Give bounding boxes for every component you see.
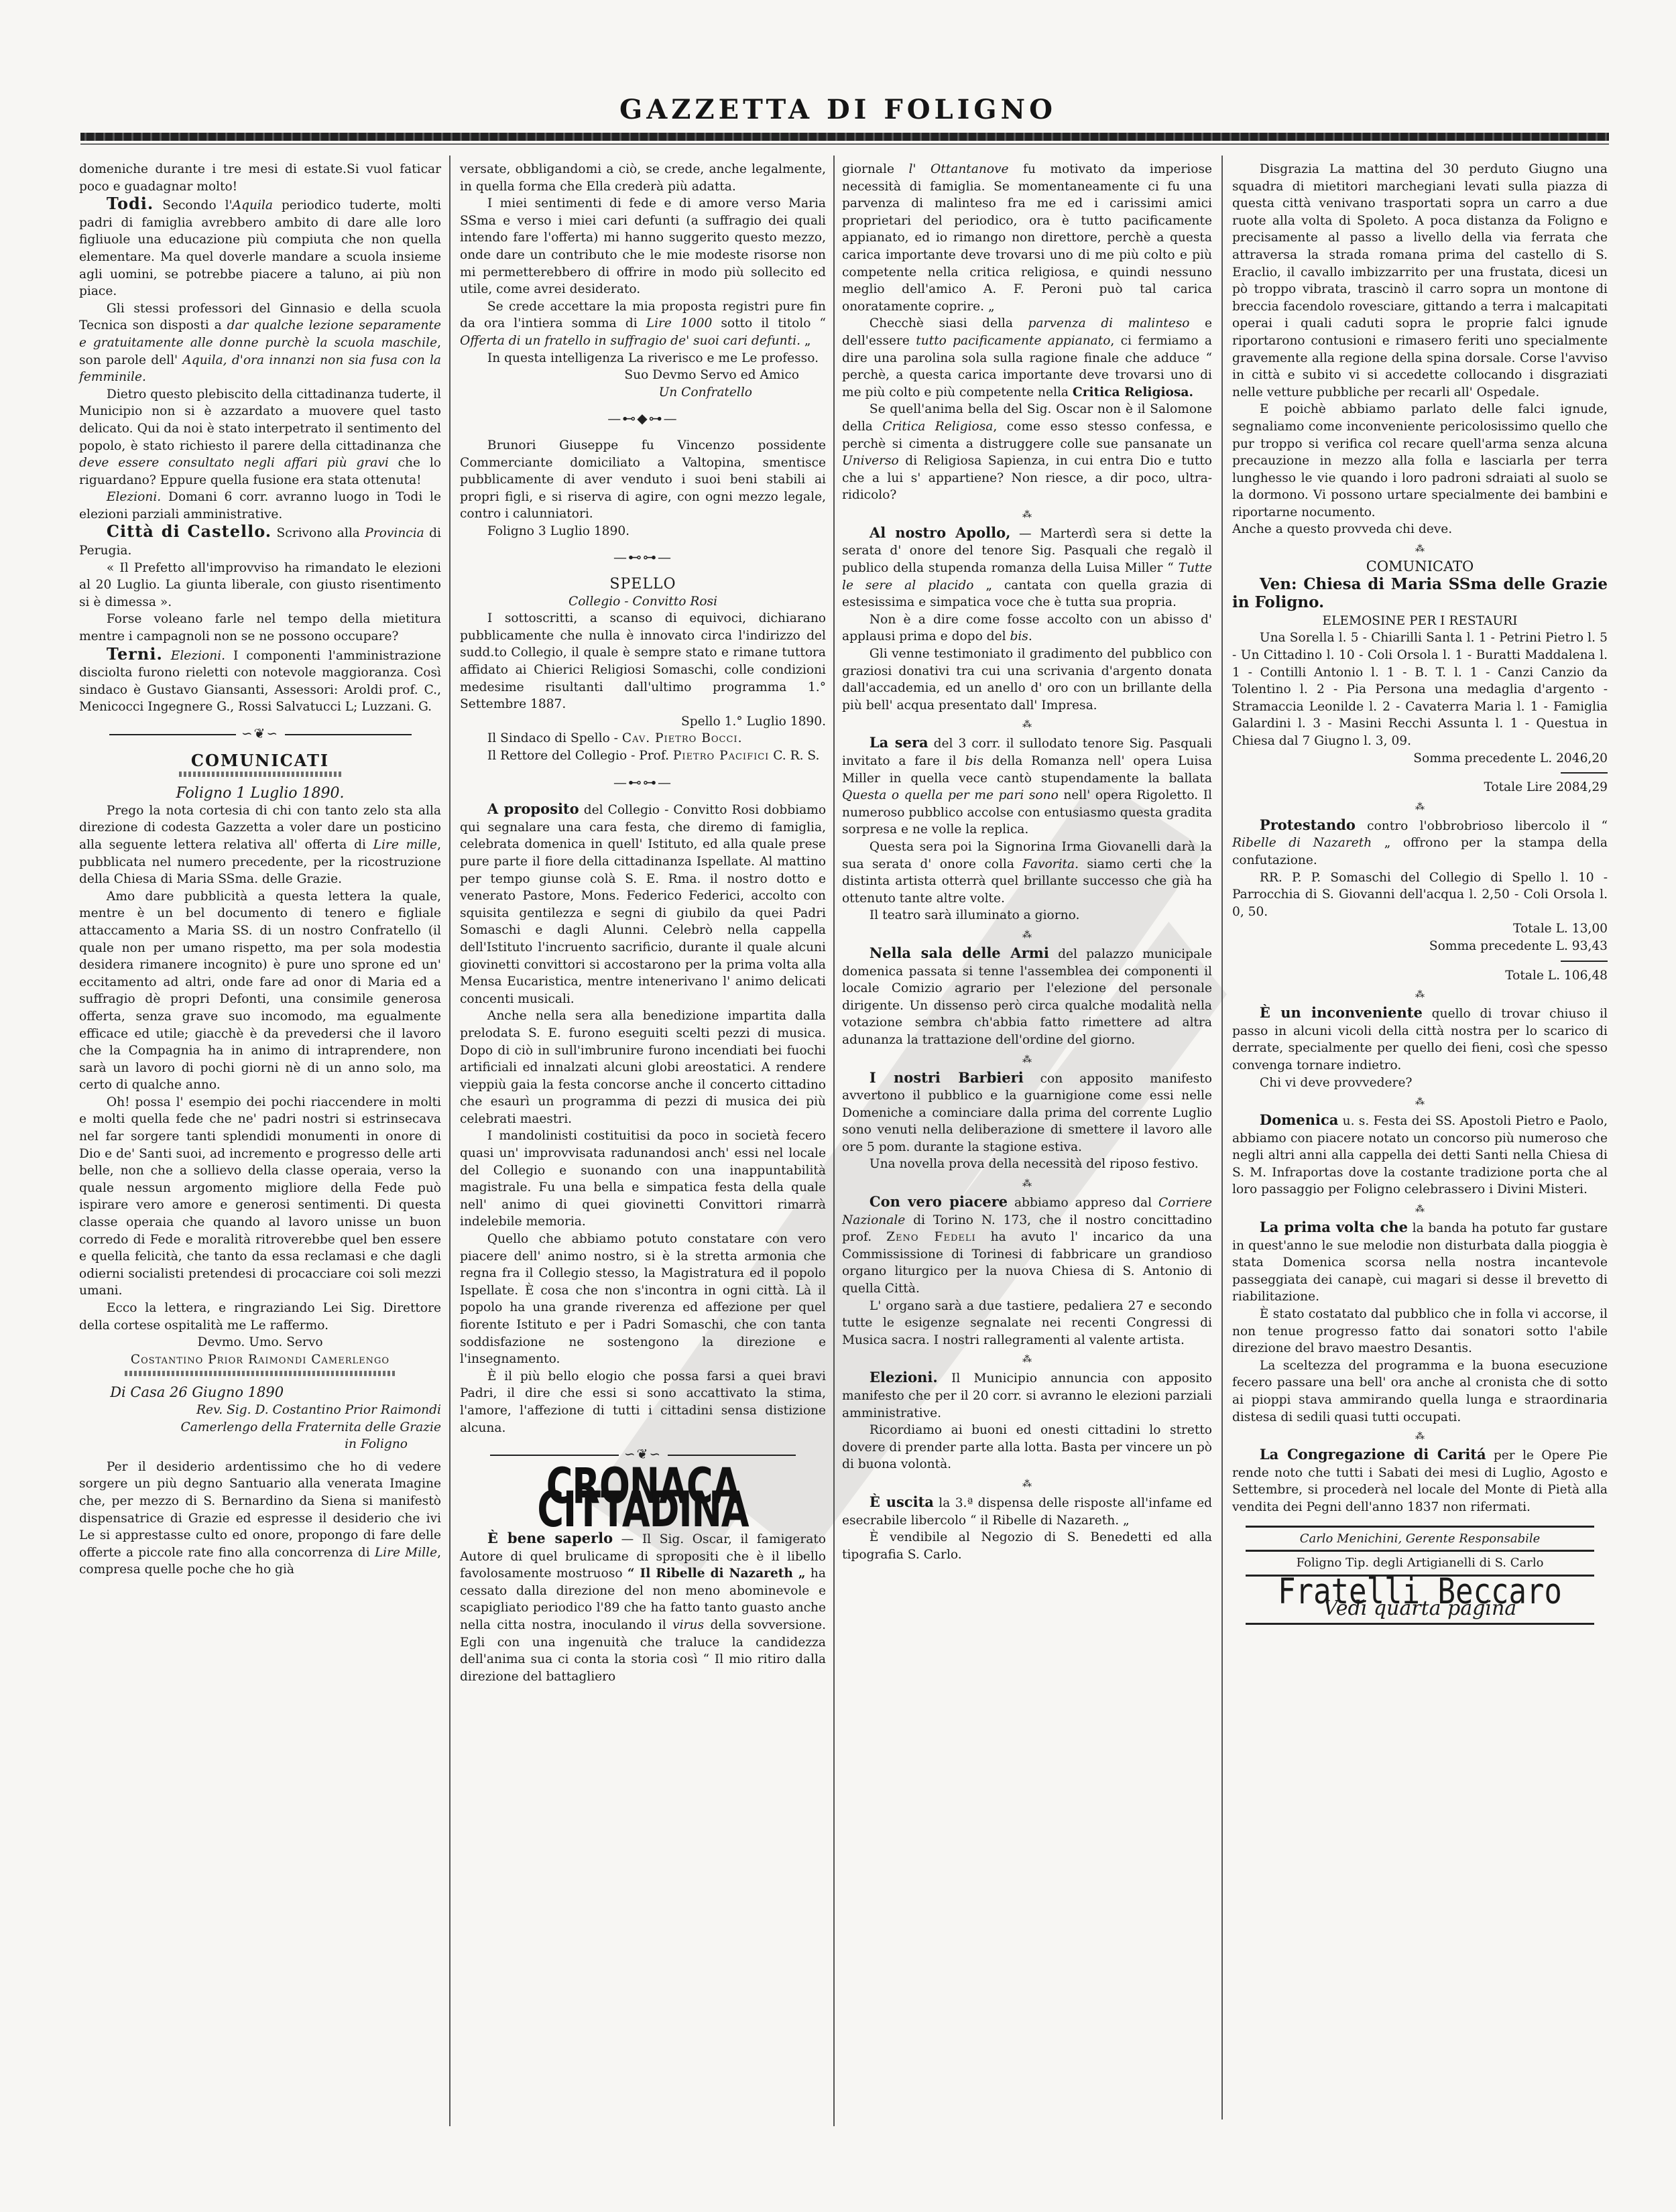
total-sum: Totale Lire 2084,29 — [1232, 779, 1608, 796]
asterism: ⁂ — [1232, 1432, 1608, 1440]
ad-title: Fratelli Beccaro — [1232, 1581, 1608, 1602]
article-barbieri: I nostri Barbieri con apposito manifesto… — [842, 1069, 1212, 1174]
asterism: ⁂ — [1232, 803, 1608, 811]
sum-rule — [1561, 772, 1608, 774]
ornamental-divider: ∽❦∽ — [79, 725, 441, 743]
column-1: domeniche durante i tre mesi di estate.S… — [79, 161, 441, 1579]
ad-rule — [1246, 1623, 1594, 1625]
section-title-cronaca: CRONACA CITTADINA — [460, 1475, 826, 1521]
asterism: ⁂ — [1232, 545, 1608, 553]
masthead-rule — [80, 133, 1609, 141]
letter: Di Casa 26 Giugno 1890 Rev. Sig. D. Cost… — [79, 1384, 441, 1579]
paragraph: domeniche durante i tre mesi di estate.S… — [79, 161, 441, 195]
notice-brunori: Brunori Giuseppe fu Vincenzo possidente … — [460, 437, 826, 523]
article-citta-di-castello: Città di Castello. Scrivono alla Provinc… — [79, 523, 441, 645]
signature: Costantino Prior Raimondi Camerlengo — [79, 1351, 441, 1369]
place-heading: Terni. — [107, 644, 163, 664]
asterism: ⁂ — [1232, 1205, 1608, 1213]
masthead-title: GAZZETTA DI FOLIGNO — [0, 94, 1676, 125]
article-lead: È uscita — [870, 1493, 934, 1510]
article-la-sera: La sera del 3 corr. il sullodato tenore … — [842, 734, 1212, 924]
article-lead: Elezioni. — [870, 1369, 938, 1386]
place-heading: Città di Castello. — [107, 521, 272, 541]
asterism: ⁂ — [842, 1480, 1212, 1488]
column-4: Disgrazia La mattina del 30 perduto Giug… — [1232, 161, 1608, 1625]
article-spello: SPELLO Collegio - Convitto Rosi I sottos… — [460, 576, 826, 765]
asterism: ⁂ — [842, 721, 1212, 729]
section-comunicati: COMUNICATI Foligno 1 Luglio 1890. Prego … — [79, 752, 441, 1377]
advertisement: Fratelli Beccaro Vedi quarta pagina — [1232, 1583, 1608, 1625]
article-terni: Terni. Elezioni. I componenti l'amminist… — [79, 646, 441, 716]
article-lead: I nostri Barbieri — [870, 1069, 1024, 1086]
article-apollo: Al nostro Apollo, — Marterdì sera si det… — [842, 524, 1212, 715]
wavy-rule — [125, 1371, 396, 1376]
column-3: giornale l' Ottantanove fu motivato da i… — [842, 161, 1212, 1563]
wavy-rule — [179, 772, 342, 777]
article-lead: A proposito — [487, 800, 579, 817]
asterism: ⁂ — [842, 511, 1212, 519]
article-lead: Nella sala delle Armi — [870, 944, 1049, 961]
article-domenica: Domenica u. s. Festa dei SS. Apostoli Pi… — [1232, 1111, 1608, 1199]
section-title: COMUNICATO — [1232, 558, 1608, 576]
article-lead: Protestando — [1260, 816, 1356, 833]
gerente-line: Carlo Menichini, Gerente Responsabile — [1300, 1532, 1541, 1546]
article-con-vero-piacere: Con vero piacere abbiamo appreso dal Cor… — [842, 1193, 1212, 1349]
dateline: Di Casa 26 Giugno 1890 — [110, 1384, 284, 1400]
article-a-proposito: A proposito del Collegio - Convitto Rosi… — [460, 800, 826, 1436]
article-congregazione: La Congregazione di Caritá per le Opere … — [1232, 1446, 1608, 1516]
column-2: versate, obbligandomi a ciò, se crede, a… — [460, 161, 826, 1685]
asterism: ⁂ — [842, 931, 1212, 939]
ornamental-divider: —⊷◆⊶— — [460, 410, 826, 428]
article-lead: La Congregazione di Caritá — [1260, 1446, 1486, 1463]
article-elezioni: Elezioni. Il Municipio annuncia con appo… — [842, 1369, 1212, 1473]
article-lead: È un inconveniente — [1260, 1004, 1423, 1021]
section-title: COMUNICATI — [79, 752, 441, 770]
dateline: Foligno 1 Luglio 1890. — [176, 785, 344, 802]
imprint-box: Carlo Menichini, Gerente Responsabile Fo… — [1246, 1526, 1594, 1577]
article-sala-armi: Nella sala delle Armi del palazzo munici… — [842, 944, 1212, 1049]
masthead-rule-thin — [80, 143, 1609, 145]
article-inconveniente: È un inconveniente quello di trovar chiu… — [1232, 1004, 1608, 1091]
asterism: ⁂ — [1232, 991, 1608, 999]
column-divider — [449, 156, 451, 2126]
asterism: ⁂ — [842, 1355, 1212, 1363]
ornamental-divider: —⊷⊶— — [460, 774, 826, 792]
sum-rule — [1561, 961, 1608, 962]
asterism: ⁂ — [1232, 1098, 1608, 1106]
article-banda: La prima volta che la banda ha potuto fa… — [1232, 1219, 1608, 1426]
asterism: ⁂ — [842, 1056, 1212, 1064]
closing: Devmo. Umo. Servo — [79, 1334, 441, 1351]
signature: Un Confratello — [659, 385, 752, 400]
ornamental-divider: —⊷⊶— — [460, 549, 826, 566]
column-divider — [833, 156, 835, 2126]
article-lead: La sera — [870, 734, 929, 751]
article-lead: Domenica — [1260, 1111, 1338, 1128]
article-lead: Con vero piacere — [870, 1193, 1008, 1210]
article-todi: Todi. Secondo l'Aquila periodico tuderte… — [79, 195, 441, 523]
section-title: SPELLO — [460, 576, 826, 593]
article-protestando: Protestando contro l'obbrobrioso liberco… — [1232, 816, 1608, 984]
article-e-uscita: È uscita la 3.ª dispensa delle risposte … — [842, 1493, 1212, 1563]
article-disgrazia: Disgrazia La mattina del 30 perduto Giug… — [1232, 161, 1608, 538]
article-lead: La prima volta che — [1260, 1219, 1408, 1235]
donations-list: Una Sorella l. 5 - Chiarilli Santa l. 1 … — [1232, 629, 1608, 749]
closing: Suo Devmo Servo ed Amico — [460, 367, 826, 384]
previous-sum: Somma precedente L. 2046,20 — [1232, 750, 1608, 767]
column-divider — [1221, 156, 1223, 2119]
place-heading: Todi. — [107, 194, 154, 213]
article-comunicato: COMUNICATO Ven: Chiesa di Maria SSma del… — [1232, 558, 1608, 796]
asterism: ⁂ — [842, 1180, 1212, 1188]
article-lead: Al nostro Apollo, — [870, 524, 1011, 541]
